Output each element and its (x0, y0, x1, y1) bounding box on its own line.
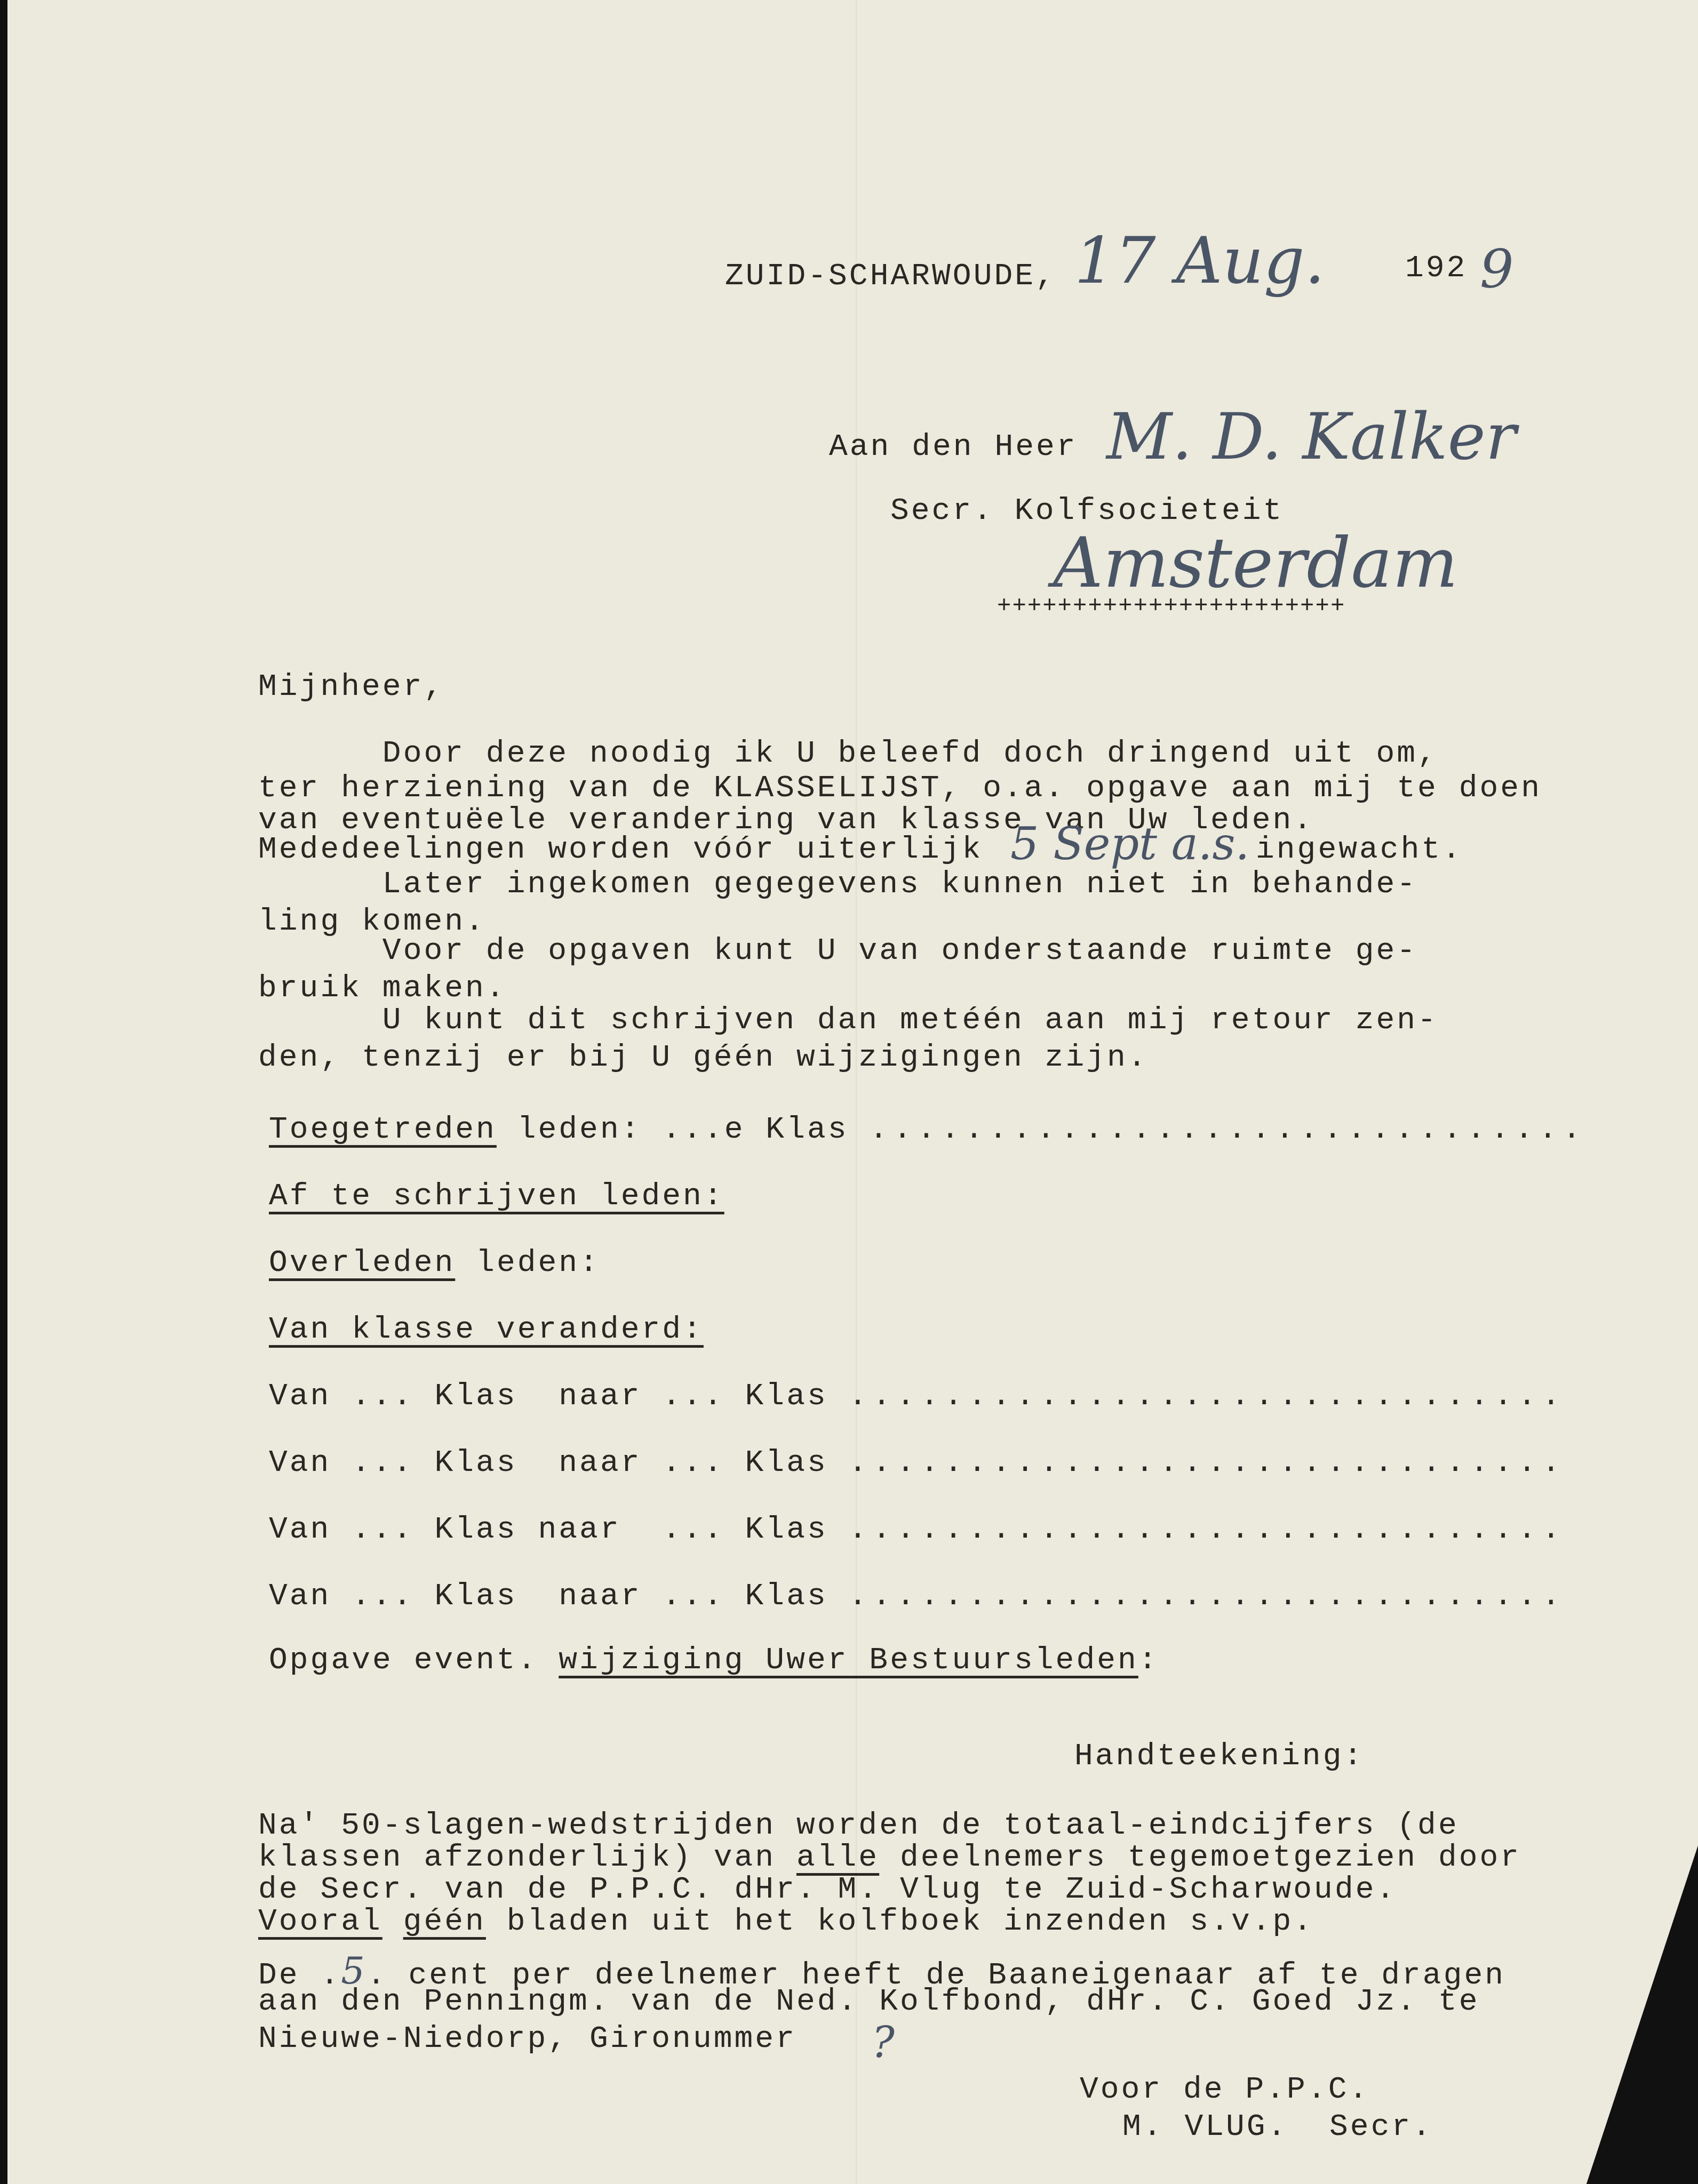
note-line: Na' 50-slagen-wedstrijden worden de tota… (258, 1811, 1459, 1842)
handwritten-date: 17 Aug. (1074, 229, 1325, 293)
note-line: Vooral géén bladen uit het kolfboek inze… (258, 1907, 1314, 1938)
closing-signature: M. VLUG. Secr. (1122, 2112, 1433, 2143)
body-line: Door deze noodig ik U beleefd doch dring… (258, 739, 1438, 770)
fill-in-dots[interactable]: .............................. (849, 1579, 1566, 1614)
form-afschrijven-row: Af te schrijven leden: (269, 1181, 724, 1212)
note-text: deelnemers tegemoetgezien door (879, 1841, 1521, 1875)
handwritten-deadline: 5 Sept a.s. (1010, 821, 1249, 866)
bestuur-prefix: Opgave event. (269, 1643, 559, 1678)
toegetreden-label: Toegetreden (269, 1113, 497, 1147)
addressee-city: Amsterdam (1053, 528, 1458, 597)
address-cross-line: +++++++++++++++++++++++ (997, 595, 1345, 618)
note-line: aan den Penningm. van de Ned. Kolfbond, … (258, 1987, 1480, 2018)
toegetreden-rest: leden: ...e Klas (497, 1113, 870, 1147)
signature-label: Handteekening: (1074, 1741, 1364, 1772)
body-line: Voor de opgaven kunt U van onderstaande … (258, 936, 1417, 967)
class-change-text: Van ... Klas naar ... Klas (269, 1379, 849, 1414)
addressee-name: M. D. Kalker (1106, 405, 1516, 469)
veranderd-label: Van klasse veranderd: (269, 1313, 704, 1347)
addressee-prefix: Aan den Heer (829, 432, 1078, 463)
class-change-row: Van ... Klas naar ... Klas .............… (269, 1581, 1566, 1612)
class-change-row: Van ... Klas naar ... Klas .............… (269, 1448, 1566, 1479)
fill-in-dots[interactable]: .............................. (849, 1513, 1566, 1547)
handwritten-year-digit: 9 (1480, 243, 1514, 296)
form-veranderd-row: Van klasse veranderd: (269, 1315, 704, 1346)
form-overleden-row: Overleden leden: (269, 1248, 600, 1279)
typed-year: 192 (1405, 253, 1467, 284)
body-line: den, tenzij er bij U géén wijzigingen zi… (258, 1043, 1149, 1074)
body-line: Later ingekomen gegegevens kunnen niet i… (258, 869, 1417, 900)
overleden-label: Overleden (269, 1246, 455, 1281)
note-line: de Secr. van de P.P.C. dHr. M. Vlug te Z… (258, 1875, 1397, 1906)
class-change-row: Van ... Klas naar ... Klas .............… (269, 1381, 1566, 1412)
handwritten-question-mark: ? (872, 2021, 895, 2064)
note-text: klassen afzonderlijk) van (258, 1841, 796, 1875)
note-line: Nieuwe-Niedorp, Gironummer (258, 2024, 796, 2055)
fill-in-dots[interactable]: .............................. (869, 1113, 1586, 1147)
letter-page: ZUID-SCHARWOUDE, 17 Aug. 192 9 Aan den H… (7, 0, 1698, 2184)
class-change-text: Van ... Klas naar ... Klas (269, 1446, 849, 1481)
class-change-text: Van ... Klas naar ... Klas (269, 1579, 849, 1614)
note-emphasis: Vooral (258, 1905, 382, 1939)
note-emphasis: alle (796, 1841, 879, 1875)
fill-in-dots[interactable]: .............................. (849, 1379, 1566, 1414)
body-line: Mededeelingen worden vóór uiterlijk (258, 835, 983, 866)
closing-line: Voor de P.P.C. (1080, 2075, 1369, 2106)
afschrijven-label: Af te schrijven leden: (269, 1179, 724, 1214)
bestuur-label: wijziging Uwer Bestuursleden (559, 1643, 1138, 1678)
overleden-rest: leden: (455, 1246, 600, 1281)
greeting: Mijnheer, (258, 672, 444, 703)
class-change-text: Van ... Klas naar ... Klas (269, 1513, 849, 1547)
fill-in-dots[interactable]: .............................. (849, 1446, 1566, 1481)
body-line: bruik maken. (258, 973, 507, 1004)
note-emphasis: géén (403, 1905, 486, 1939)
bestuur-suffix: : (1138, 1643, 1159, 1678)
deadline-suffix: ingewacht. (1256, 835, 1463, 866)
body-line: U kunt dit schrijven dan metéén aan mij … (258, 1005, 1438, 1036)
body-line: ter herziening van de KLASSELIJST, o.a. … (258, 773, 1542, 804)
body-line: ling komen. (258, 907, 486, 938)
note-line: klassen afzonderlijk) van alle deelnemer… (258, 1843, 1521, 1874)
note-text: bladen uit het kolfboek inzenden s.v.p. (486, 1905, 1314, 1939)
place-line: ZUID-SCHARWOUDE, (725, 261, 1056, 292)
form-toegetreden-row: Toegetreden leden: ...e Klas ...........… (269, 1115, 1587, 1146)
bestuur-row: Opgave event. wijziging Uwer Bestuursled… (269, 1645, 1159, 1676)
class-change-row: Van ... Klas naar ... Klas .............… (269, 1515, 1566, 1546)
